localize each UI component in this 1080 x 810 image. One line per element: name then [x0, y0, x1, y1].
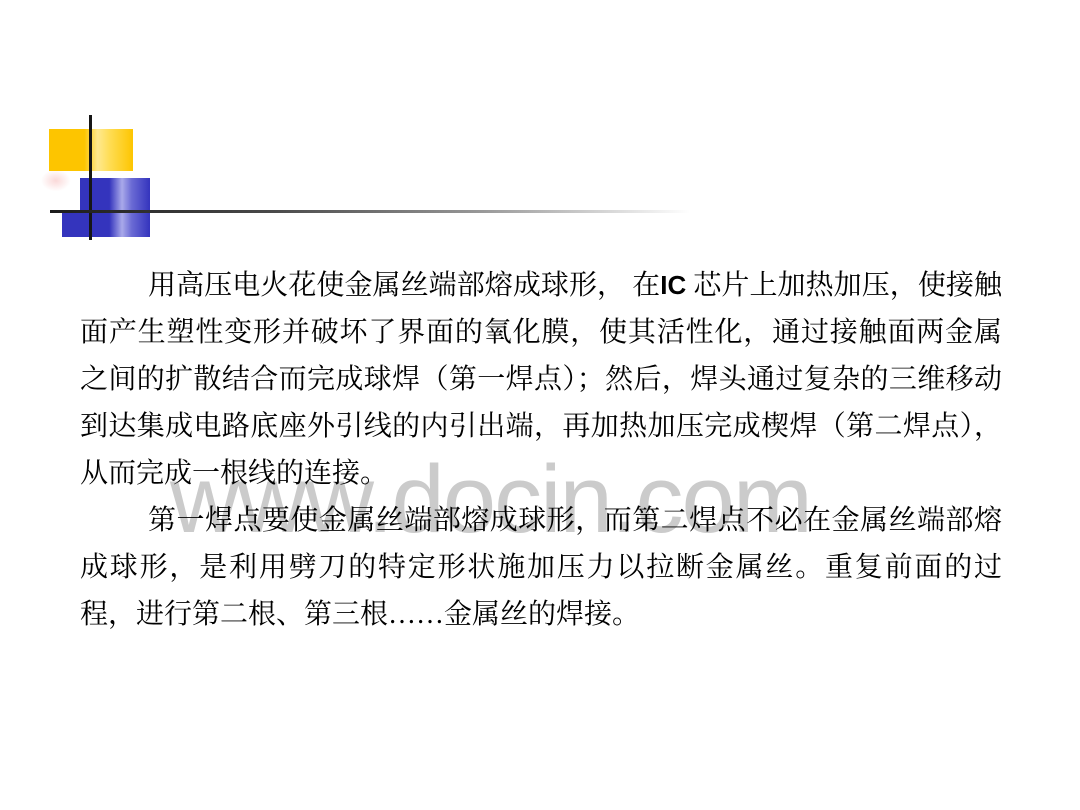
- paragraph-ball-bonding: 用高压电火花使金属丝端部熔成球形， 在IC 芯片上加热加压，使接触面产生塑性变形…: [80, 262, 1002, 497]
- decor-horizontal-rule: [50, 210, 690, 213]
- paragraph1-pre: 用高压电火花使金属丝端部熔成球形， 在: [148, 270, 660, 301]
- decor-blue-square-foot: [62, 213, 84, 237]
- decor-vertical-line: [89, 115, 92, 240]
- paragraph1-post: 芯片上加热加压，使接触面产生塑性变形并破坏了界面的氧化膜，使其活性化，通过接触面…: [80, 270, 1002, 489]
- paragraph-wedge-bonding: 第一焊点要使金属丝端部熔成球形，而第二焊点不必在金属丝端部熔成球形，是利用劈刀的…: [80, 497, 1002, 638]
- slide-body: 用高压电火花使金属丝端部熔成球形， 在IC 芯片上加热加压，使接触面产生塑性变形…: [80, 262, 1002, 638]
- paragraph1-ic-abbrev: IC: [660, 270, 686, 300]
- presentation-slide: www.docin.com 用高压电火花使金属丝端部熔成球形， 在IC 芯片上加…: [0, 0, 1080, 810]
